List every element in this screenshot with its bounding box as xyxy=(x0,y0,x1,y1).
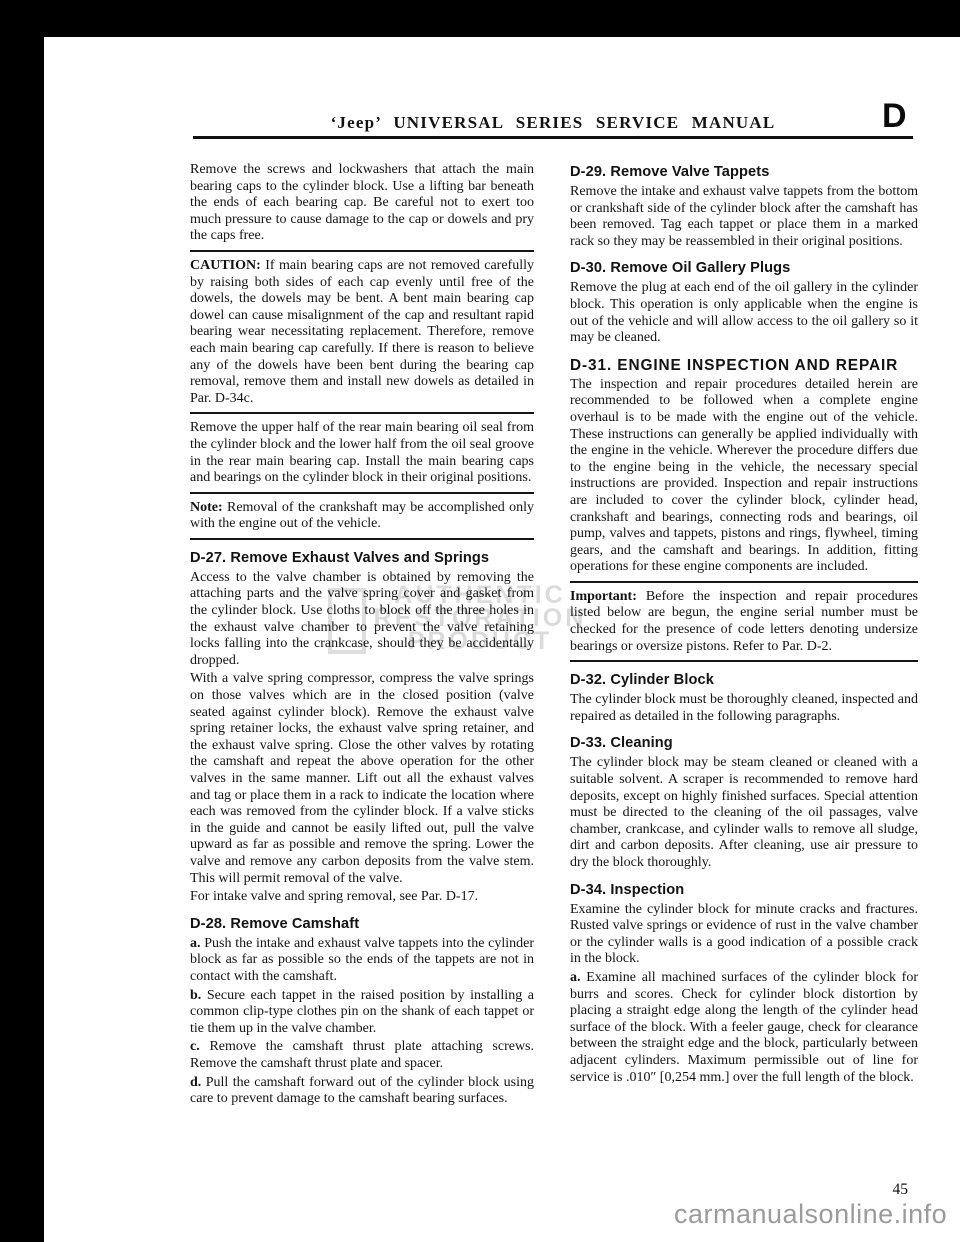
important-note: Important: Before the inspection and rep… xyxy=(570,589,918,655)
section-heading-d33: D-33. Cleaning xyxy=(570,735,918,752)
paragraph: Remove the upper half of the rear main b… xyxy=(190,420,534,486)
step-text: Examine all machined surfaces of the cyl… xyxy=(570,970,918,1085)
divider xyxy=(570,660,918,662)
step-label: d. xyxy=(190,1075,201,1090)
step-label: b. xyxy=(190,988,201,1003)
note-text: Removal of the crankshaft may be accompl… xyxy=(190,500,534,532)
paragraph: The cylinder block must be thoroughly cl… xyxy=(570,692,918,725)
right-column: D-29. Remove Valve Tappets Remove the in… xyxy=(570,162,918,1088)
step-item: b. Secure each tappet in the raised posi… xyxy=(190,988,534,1038)
note: Note: Removal of the crankshaft may be a… xyxy=(190,500,534,533)
left-column: Remove the screws and lockwashers that a… xyxy=(190,162,534,1110)
step-text: Remove the camshaft thrust plate attachi… xyxy=(190,1039,534,1071)
divider xyxy=(190,412,534,414)
section-letter-badge: D xyxy=(882,99,907,133)
step-item: c. Remove the camshaft thrust plate atta… xyxy=(190,1039,534,1072)
step-item: a. Examine all machined surfaces of the … xyxy=(570,970,918,1086)
paragraph: Remove the screws and lockwashers that a… xyxy=(190,162,534,245)
step-label: a. xyxy=(190,936,201,951)
section-heading-d34: D-34. Inspection xyxy=(570,882,918,899)
section-heading-d29: D-29. Remove Valve Tappets xyxy=(570,164,918,181)
section-heading-d27: D-27. Remove Exhaust Valves and Springs xyxy=(190,550,534,567)
caution-label: CAUTION: xyxy=(190,258,261,273)
step-text: Pull the camshaft forward out of the cyl… xyxy=(190,1075,534,1107)
step-label: c. xyxy=(190,1039,200,1054)
page-title: ‘Jeep’ UNIVERSAL SERIES SERVICE MANUAL xyxy=(331,113,776,136)
paragraph: Access to the valve chamber is obtained … xyxy=(190,570,534,670)
step-item: a. Push the intake and exhaust valve tap… xyxy=(190,936,534,986)
step-text: Secure each tappet in the raised positio… xyxy=(190,988,534,1036)
paragraph: Examine the cylinder block for minute cr… xyxy=(570,902,918,968)
paragraph: For intake valve and spring removal, see… xyxy=(190,889,534,906)
manual-page: ‘Jeep’ UNIVERSAL SERIES SERVICE MANUAL D… xyxy=(0,0,960,1242)
paragraph: Remove the intake and exhaust valve tapp… xyxy=(570,184,918,250)
important-label: Important: xyxy=(570,589,637,604)
section-heading-d28: D-28. Remove Camshaft xyxy=(190,916,534,933)
page-number: 45 xyxy=(858,1181,908,1199)
section-heading-d32: D-32. Cylinder Block xyxy=(570,672,918,689)
site-watermark: carmanualsonline.info xyxy=(674,1199,947,1230)
step-label: a. xyxy=(570,970,581,985)
divider xyxy=(190,492,534,494)
divider xyxy=(190,538,534,540)
divider xyxy=(190,250,534,252)
paragraph: Remove the plug at each end of the oil g… xyxy=(570,280,918,346)
paragraph: The inspection and repair procedures det… xyxy=(570,377,918,576)
section-heading-d30: D-30. Remove Oil Gallery Plugs xyxy=(570,260,918,277)
section-heading-d31: D-31. ENGINE INSPECTION AND REPAIR xyxy=(570,357,918,374)
divider xyxy=(570,581,918,583)
caution-note: CAUTION: If main bearing caps are not re… xyxy=(190,258,534,407)
note-label: Note: xyxy=(190,500,223,515)
paragraph: The cylinder block may be steam cleaned … xyxy=(570,755,918,871)
paragraph: With a valve spring compressor, compress… xyxy=(190,671,534,887)
caution-text: If main bearing caps are not removed car… xyxy=(190,258,534,406)
scan-top-edge xyxy=(0,0,960,37)
step-item: d. Pull the camshaft forward out of the … xyxy=(190,1075,534,1108)
step-text: Push the intake and exhaust valve tappet… xyxy=(190,936,534,984)
scan-left-edge xyxy=(0,0,44,1242)
